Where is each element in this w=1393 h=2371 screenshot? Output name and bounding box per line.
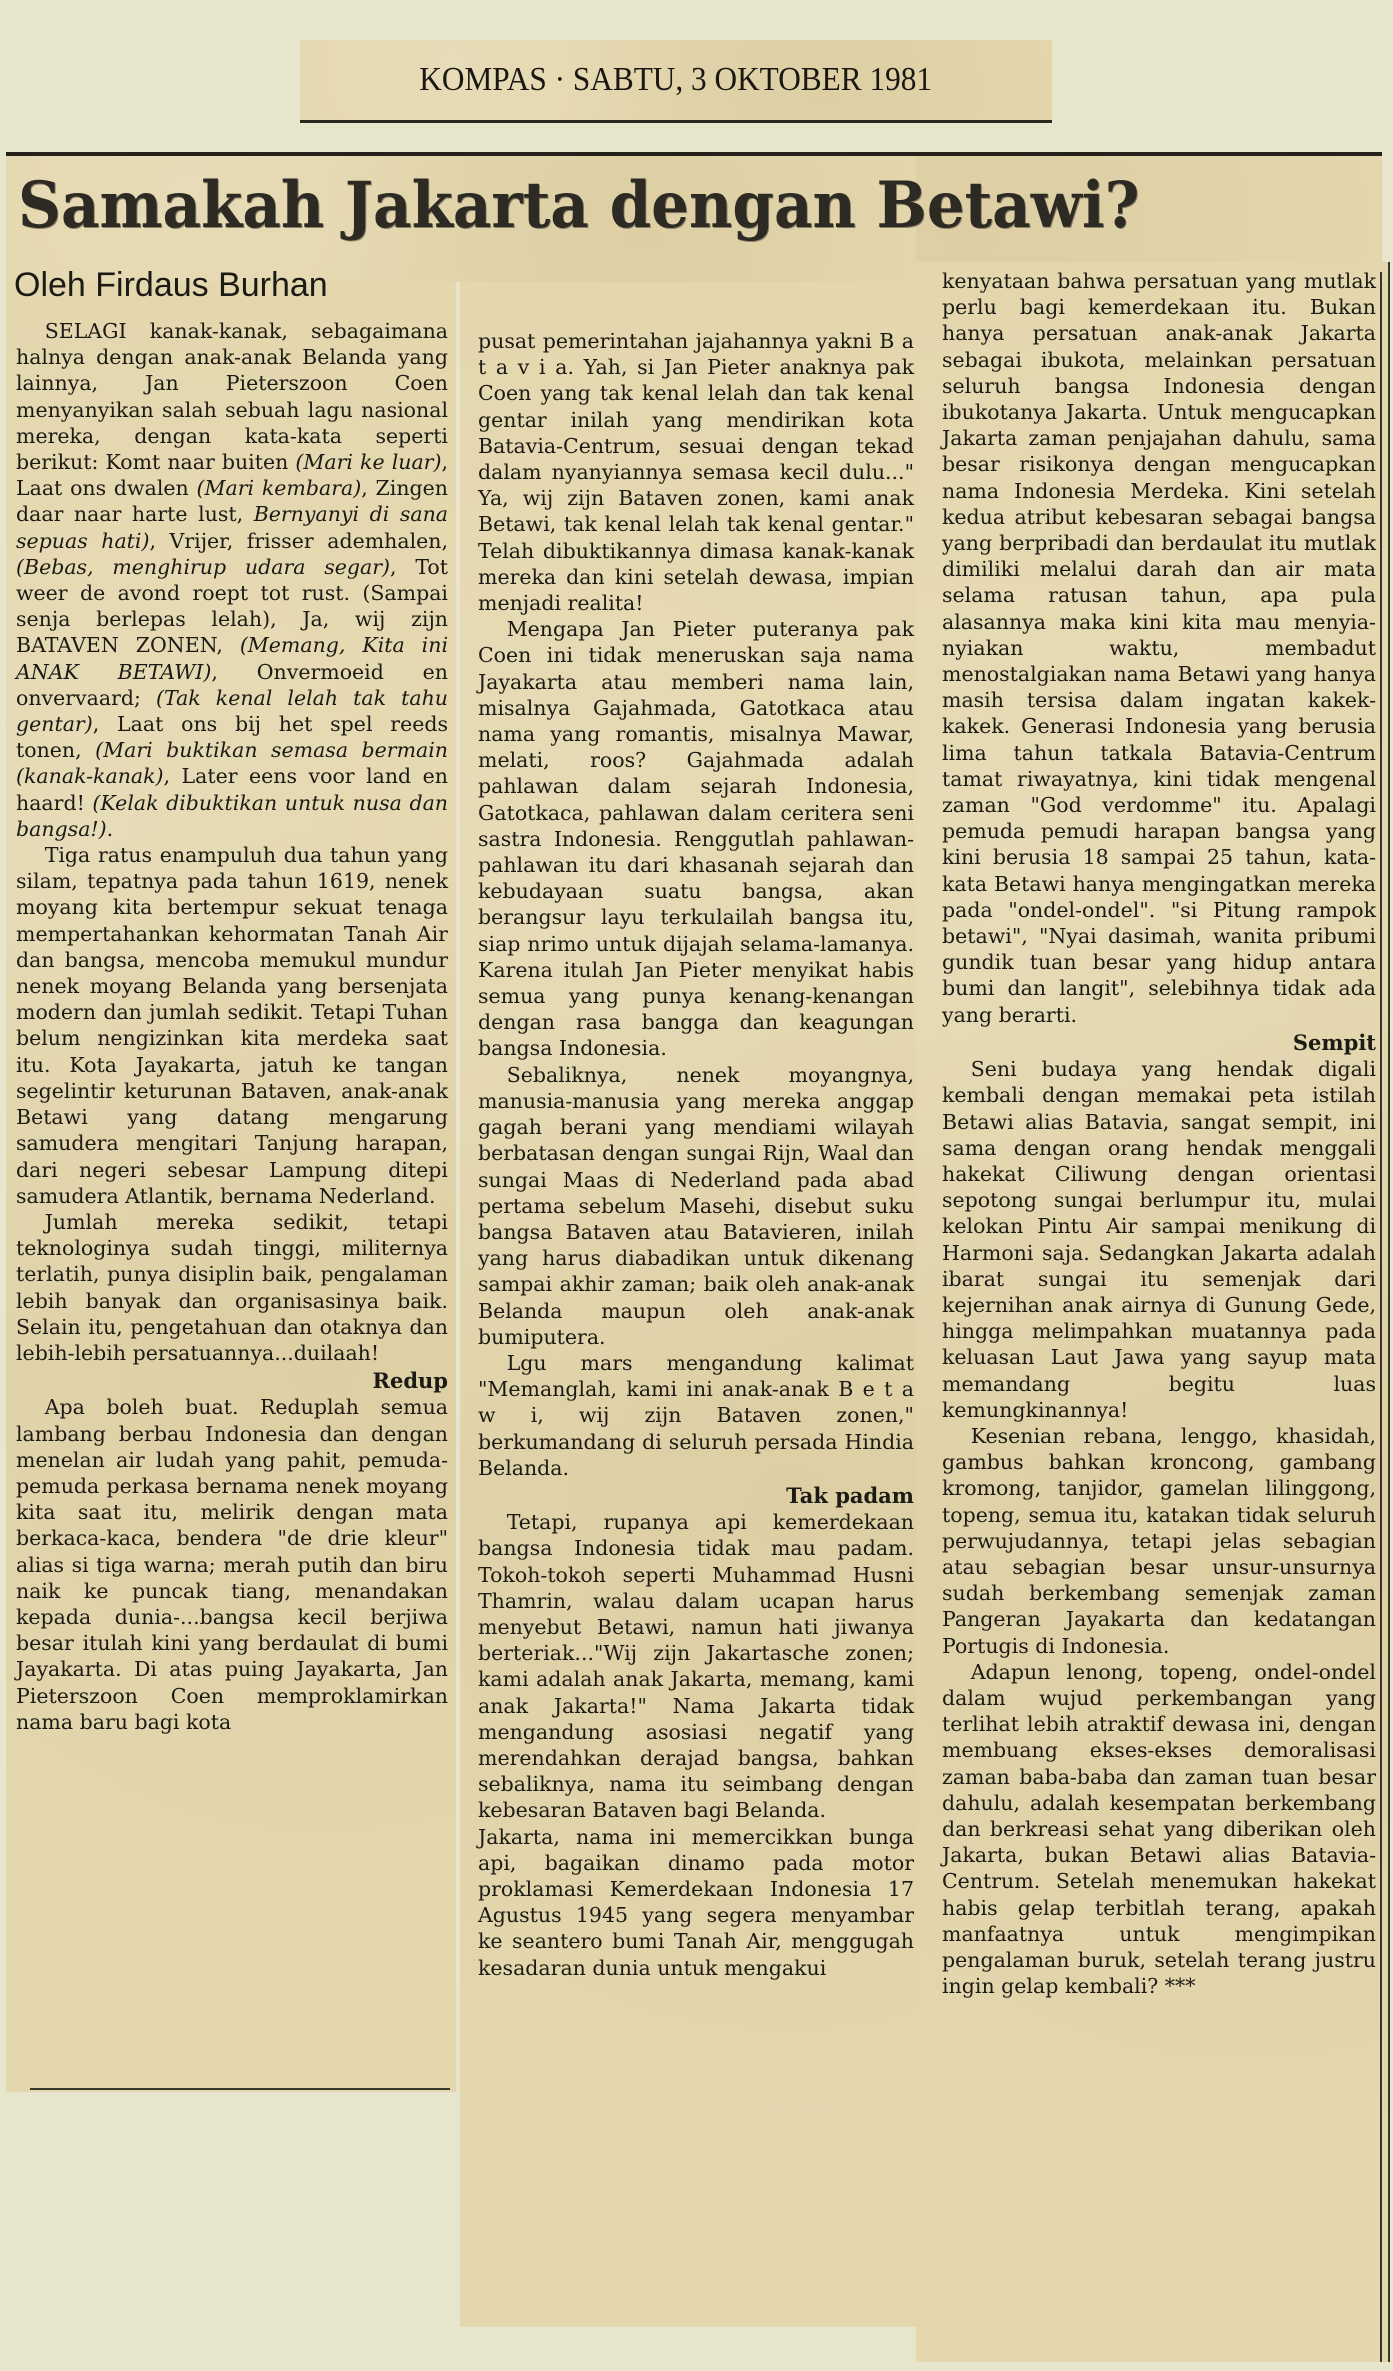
headline-layer: Samakah Jakarta dengan Betawi?	[6, 152, 1382, 272]
column-1-bottom-rule	[30, 2088, 450, 2090]
italic-translation: (Tak kenal lelah tak tahu gentar)	[16, 686, 448, 736]
article-paragraph: Kesenian rebana, lenggo, khasidah, gambu…	[942, 1423, 1376, 1659]
article-paragraph: Jumlah mereka sedikit, tetapi teknologin…	[16, 1209, 448, 1366]
article-paragraph: Tetapi, rupanya api kemerdekaan bangsa I…	[478, 1509, 914, 1823]
article-column-1: SELAGI kanak-kanak, sebagaimana halnya d…	[16, 318, 448, 1735]
section-subheading: Sempit	[942, 1030, 1376, 1056]
masthead-text: KOMPAS · SABTU, 3 OKTOBER 1981	[420, 61, 933, 99]
headline-rule	[6, 152, 1382, 156]
author-byline: Oleh Firdaus Burhan	[14, 266, 328, 305]
italic-translation: (Kelak dibuktikan untuk nusa dan bangsa!…	[16, 791, 448, 841]
article-column-2: pusat pemerintahan jajahannya yakni B a …	[478, 328, 914, 1981]
article-paragraph: Mengapa Jan Pieter puteranya pak Coen in…	[478, 616, 914, 1061]
article-title: Samakah Jakarta dengan Betawi?	[18, 168, 1139, 243]
italic-translation: (Mari kembara)	[197, 476, 362, 500]
article-paragraph: Jakarta, nama ini memercikkan bunga api,…	[478, 1824, 914, 1981]
article-paragraph: pusat pemerintahan jajahannya yakni B a …	[478, 328, 914, 616]
italic-translation: (Mari ke luar)	[295, 450, 441, 474]
article-paragraph: Tiga ratus enampuluh dua tahun yang sila…	[16, 842, 448, 1209]
section-subheading: Tak padam	[478, 1483, 914, 1509]
italic-translation: (Mari buktikan semasa bermain (kanak-kan…	[16, 738, 448, 788]
article-paragraph: kenyataan bahwa persatuan yang mutlak pe…	[942, 268, 1376, 1028]
article-paragraph: Seni budaya yang hendak digali kembali d…	[942, 1056, 1376, 1423]
italic-translation: Bernyanyi di sana sepuas hati)	[16, 502, 448, 552]
article-column-3: kenyataan bahwa persatuan yang mutlak pe…	[942, 268, 1376, 1999]
section-subheading: Redup	[16, 1368, 448, 1394]
article-paragraph: Sebaliknya, nenek moyangnya, manusia-man…	[478, 1062, 914, 1350]
right-border-rule	[1380, 272, 1382, 2362]
article-paragraph: Lgu mars mengandung kalimat "Memanglah, …	[478, 1350, 914, 1481]
article-paragraph: Apa boleh buat. Reduplah semua lambang b…	[16, 1394, 448, 1735]
article-paragraph: SELAGI kanak-kanak, sebagaimana halnya d…	[16, 318, 448, 842]
article-paragraph: Adapun lenong, topeng, ondel-ondel dalam…	[942, 1659, 1376, 2000]
italic-translation: (Memang, Kita ini ANAK BETAWI)	[16, 633, 448, 683]
italic-translation: (Bebas, menghirup udara segar)	[16, 555, 390, 579]
masthead-clipping: KOMPAS · SABTU, 3 OKTOBER 1981	[300, 40, 1052, 123]
